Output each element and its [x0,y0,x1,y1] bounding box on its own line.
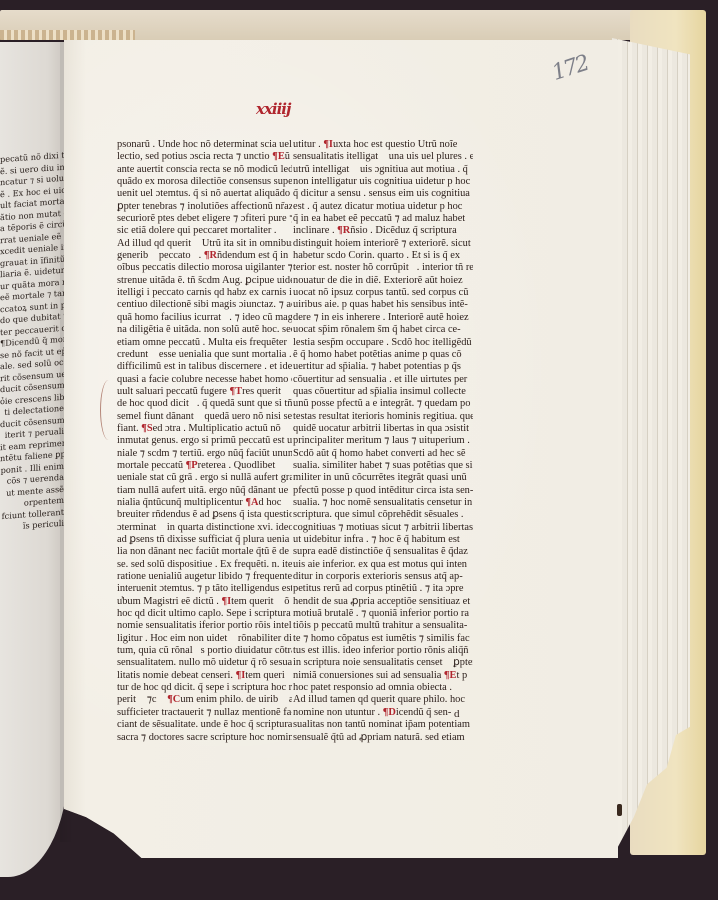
text-line: Scdõ aũt q̃ homo habet converti ad hec s… [293,448,473,460]
rubric-paragraph-mark: ¶T [230,386,243,397]
text-line: sualitas non tantũ nominat ip̃am potenti… [293,719,473,731]
text-line: cõuertitur ad sensualia . et ille uirtut… [293,374,473,386]
text-line: terior est. noster hõ corrũpit᷑. interio… [293,262,473,274]
running-head-rubric: xxiiij [256,100,290,118]
text-line: sacra ⁊ doctores sacre scripture hoc nom… [117,732,292,744]
text-line: Ad illud tamen qd̃ querit quare philo. h… [293,694,473,706]
book-photograph: pecatũ nõ dixi teneturẽ. si uero diu in … [0,0,718,900]
text-line: generib᷒ peccatoꝝ. ¶Rñdendum est q̃ in [117,250,292,262]
text-line: ẽ q̃ homo habet potẽtias anime p quas cõ [293,349,473,361]
text-line: Ad illud qd̃ querit᷑ Utrũ ita sit in omn… [117,238,292,250]
text-line: securiorẽ ptes debet eligere ⁊ ɔfiteri p… [117,213,292,225]
text-line: se. sed solũ dispositiue . Ex frequẽti. … [117,559,292,571]
text-line: nomie sensualitatis iferior portio rõis … [117,620,292,632]
text-line: interuenit ɔtemtus. ⁊ p tãto itelligendu… [117,583,292,595]
text-line: uocat sp̃im rõnalem s̃m q̃ habet circa c… [293,324,473,336]
text-line: inmutat genus. ergo si primũ peccatũ est… [117,435,292,447]
text-line: niale ⁊ scdm ⁊ tertiũ. ergo nũq̃ faciũt … [117,448,292,460]
text-line: principaliter meritum ⁊ laus ⁊ uituperiu… [293,435,473,447]
text-line: quãdo ex morosa dilectiõe consensus supe… [117,176,292,188]
text-line: petitus rerũ ad corpus ptinẽtiũ . ⁊ ita … [293,583,473,595]
text-line: oĩbus peccatis dilectio morosa uigilante… [117,262,292,274]
text-line: semel fiunt dãnant᷑ quedã uero nõ nisi s… [117,411,292,423]
text-line: etiam omne peccatũ . Multa eis frequẽter [117,337,292,349]
text-line: na diligẽtia ẽ uitãda. non solũ autẽ hoc… [117,324,292,336]
text-line: de hoc quod dicit᷑. q̃ quedã sunt que si… [117,398,292,410]
text-line: q̃ in ea habet eẽ peccatũ ⁊ ad maluz hab… [293,213,473,225]
left-page-text: pecatũ nõ dixi teneturẽ. si uero diu in … [0,150,64,534]
text-line: ut uidebitur infra . ⁊ hoc ẽ q̃ habitum … [293,534,473,546]
text-line: tur de hoc qd̃ dicit. q̃ sepe i scriptur… [117,682,292,694]
text-line: nialia q̃ntũcunq̃ multiplicentur ¶Ad hoc [117,497,292,509]
text-line: ditur in corporis exterioris sensus atq̃… [293,571,473,583]
text-line: distinguit hoiem interiorẽ ⁊ exteriorẽ. … [293,238,473,250]
text-line: uis aie inferior. ex qua est motus qui i… [293,559,473,571]
text-line: te ⁊ homo cõpatus est iumẽtis ⁊ similis … [293,633,473,645]
rubric-paragraph-mark: ¶R [337,225,350,236]
text-line: sic etiã dolere qui peccaret mortaliter … [117,225,292,237]
rubric-paragraph-mark: ¶I [236,670,246,681]
text-line: breuiter rñdendus ẽ ad ꝑsens q̃ ista que… [117,509,292,521]
text-line: unũ posse pfectũ a e integrãt. ⁊ quedam … [293,398,473,410]
text-line: quã homo facilius icurrat᷑. ⁊ ideo cũ ma… [117,312,292,324]
page-edge-stain [617,804,622,816]
text-line: quas cõuertitur ad sp̃ialia insimul coll… [293,386,473,398]
text-line: sensualẽ q̃tũ ad ꝓpriam naturã. sed etia… [293,732,473,744]
text-line: psonarũ . Unde hoc nõ determinat scia ue… [117,139,292,151]
text-line: strenue uitãda ẽ. tñ s̃cdm Aug. ꝑcipue u… [117,275,292,287]
text-line: quasi a facie colubre necesse habet homo… [117,374,292,386]
rubric-paragraph-mark: ¶P [186,460,198,471]
text-line: ɔterminat᷑ in quarta distinctione xvi. i… [117,522,292,534]
text-line: habetur scdo Corin. quarto . Et si is q̃… [293,250,473,262]
text-line: ante auertit conscia recta se nõ modicũ … [117,164,292,176]
text-line: centiuo dilectionẽ sibi magis ɔiunctaz. … [117,299,292,311]
text-line: uiribus aie. p quas habet his sensibus i… [293,299,473,311]
text-line: supra eadẽ distinctiõe q̃ sensualitas ẽ … [293,546,473,558]
text-line: itelligi i peccato carnis qd̃ habz ex ca… [117,287,292,299]
text-line: lestia sesp̃m occupare . Scdõ hoc itelli… [293,337,473,349]
text-line: sualia. similiter habet ⁊ suas potẽtias … [293,460,473,472]
text-line: perit᷑ ⁊c᷑ ¶Cum enim philo. de uirib᷒ an… [117,694,292,706]
text-line: fiant. ¶Sed ɔtra . Multiplicatio actuũ n… [117,423,292,435]
rubric-paragraph-mark: ¶I [221,596,231,607]
text-line: cognitiuas ⁊ motiuas sicut ⁊ arbitrii li… [293,522,473,534]
text-line: utrũ intelligat᷑ uis ɔgnitiua aut motiua… [293,164,473,176]
rubric-paragraph-mark: ¶S [141,423,152,434]
text-line: dere ⁊ in eis inherere . Interiorẽ autẽ … [293,312,473,324]
text-line: hendit de sua ꝓpria acceptiõe sensitiuaz… [293,596,473,608]
text-line: tum, quia cũ rõnal᷑s portio diuidatur cõ… [117,645,292,657]
text-line: est . q̃ autez dicatur motiua uidetur p … [293,201,473,213]
text-line: uenit uel ɔtemtus. q̃ si nõ auertat aliq… [117,188,292,200]
text-line: tiõis p peccatũ multũ trahitur a sensual… [293,620,473,632]
text-line: lia non dãnant nec faciũt mortale q̃tũ ẽ… [117,546,292,558]
rubric-paragraph-mark: ¶R [204,250,217,261]
rubric-paragraph-mark: ¶I [323,139,333,150]
text-line: ligitur . Hoc eim non uidet᷑ rõnabiliter… [117,633,292,645]
rubric-paragraph-mark: ¶A [245,497,258,508]
text-line: pfectũ posse p quod intẽditur circa ista… [293,485,473,497]
text-line: credunt᷑ esse uenialia que sunt mortalia… [117,349,292,361]
left-page: pecatũ nõ dixi teneturẽ. si uero diu in … [0,42,68,877]
text-line: ꝑpter tenebras ⁊ inolutiões affectionũ n… [117,201,292,213]
text-column-right: utitur . ¶Iuxta hoc est questio Utrũ noĩ… [293,139,473,744]
text-line: non intelligatur uis cognitiua uidetur p… [293,176,473,188]
text-line: nimiã conuersiones sui ad sensualia ¶Et … [293,670,473,682]
text-line: difficilimũ est in talibus discernere . … [117,361,292,373]
text-line: sensualitatem. nullo mõ uidetur q̃ rõ se… [117,657,292,669]
text-line: hoc qd̃ dicit ultimo capl̃o. Sepe i scri… [117,608,292,620]
text-column-left: psonarũ . Unde hoc nõ determinat scia ue… [117,139,292,744]
signature-mark: d [454,708,460,720]
text-line: hoc patet responsio ad omnia obiecta . [293,682,473,694]
text-line: quidẽ uocatur arbitrii libertas in qua ɔ… [293,423,473,435]
text-line: sufficieter tractauerit ⁊ nullaz mention… [117,707,292,719]
text-line: litatis nomie debeat censeri. ¶Item quer… [117,670,292,682]
text-line: sensualitatis itelligat᷑ una uis uel plu… [293,151,473,163]
text-line: scriptura. que simul cõprehẽdit sẽsuales… [293,509,473,521]
text-line: ueniale stat cũ grã . ergo si nullã aufe… [117,472,292,484]
text-line: inclinare . ¶Rñsio . Dicẽduz q̃ scriptur… [293,225,473,237]
text-line: ciant de sẽsualitate. unde ẽ hoc q̃ scri… [117,719,292,731]
text-line: mortale peccatũ ¶Preterea . Quodlibet [117,460,292,472]
text-line: ratione uenialiũ augetur libido ⁊ freque… [117,571,292,583]
text-line: militer in unũ cõcurrẽtes itegrãt quasi … [293,472,473,484]
text-line: nouatur de die in diẽ. Exteriorẽ aũt hoi… [293,275,473,287]
rubric-paragraph-mark: ¶C [167,694,180,705]
text-line: utitur . ¶Iuxta hoc est questio Utrũ noĩ… [293,139,473,151]
rubric-paragraph-mark: ¶E [444,670,457,681]
text-line: in scriptura noie sensualitatis censet᷑ … [293,657,473,669]
rubric-paragraph-mark: ¶D [383,707,396,718]
text-line: tus est illis. ideo inferior portio rõni… [293,645,473,657]
text-line: uertitur ad sp̃ialia. ⁊ habet potentias … [293,361,473,373]
text-line: nomine non utuntur . ¶Dicendũ q̃ sen- [293,707,473,719]
text-line: lectio, sed potius ɔscia recta ⁊ unctio … [117,151,292,163]
text-line: ad ꝑsens tñ dixisse sufficiat q̃ plura u… [117,534,292,546]
marginal-bracket-mark [100,380,117,440]
text-line: u̾bum Magistri eẽ dictũ . ¶Item querit᷑ … [117,596,292,608]
text-line: uult saluari peccatũ fugere ¶Tres querit… [117,386,292,398]
text-line: sualia. ⁊ hoc nomẽ sensualitatis censetu… [293,497,473,509]
text-line: q̃ dicitur a sensu . sensus eim uis cogn… [293,188,473,200]
text-line: testas resultat iterioris hominis regiti… [293,411,473,423]
rubric-paragraph-mark: ¶E [272,151,285,162]
headband [0,30,135,40]
text-line: motiuã brutalẽ . ⁊ quoniã inferior porti… [293,608,473,620]
text-line: uocat nõ ipsuz corpus tantũ. sed corpus … [293,287,473,299]
text-line: tiam nullã aufert uitã. ergo nũq̃ dãnant… [117,485,292,497]
